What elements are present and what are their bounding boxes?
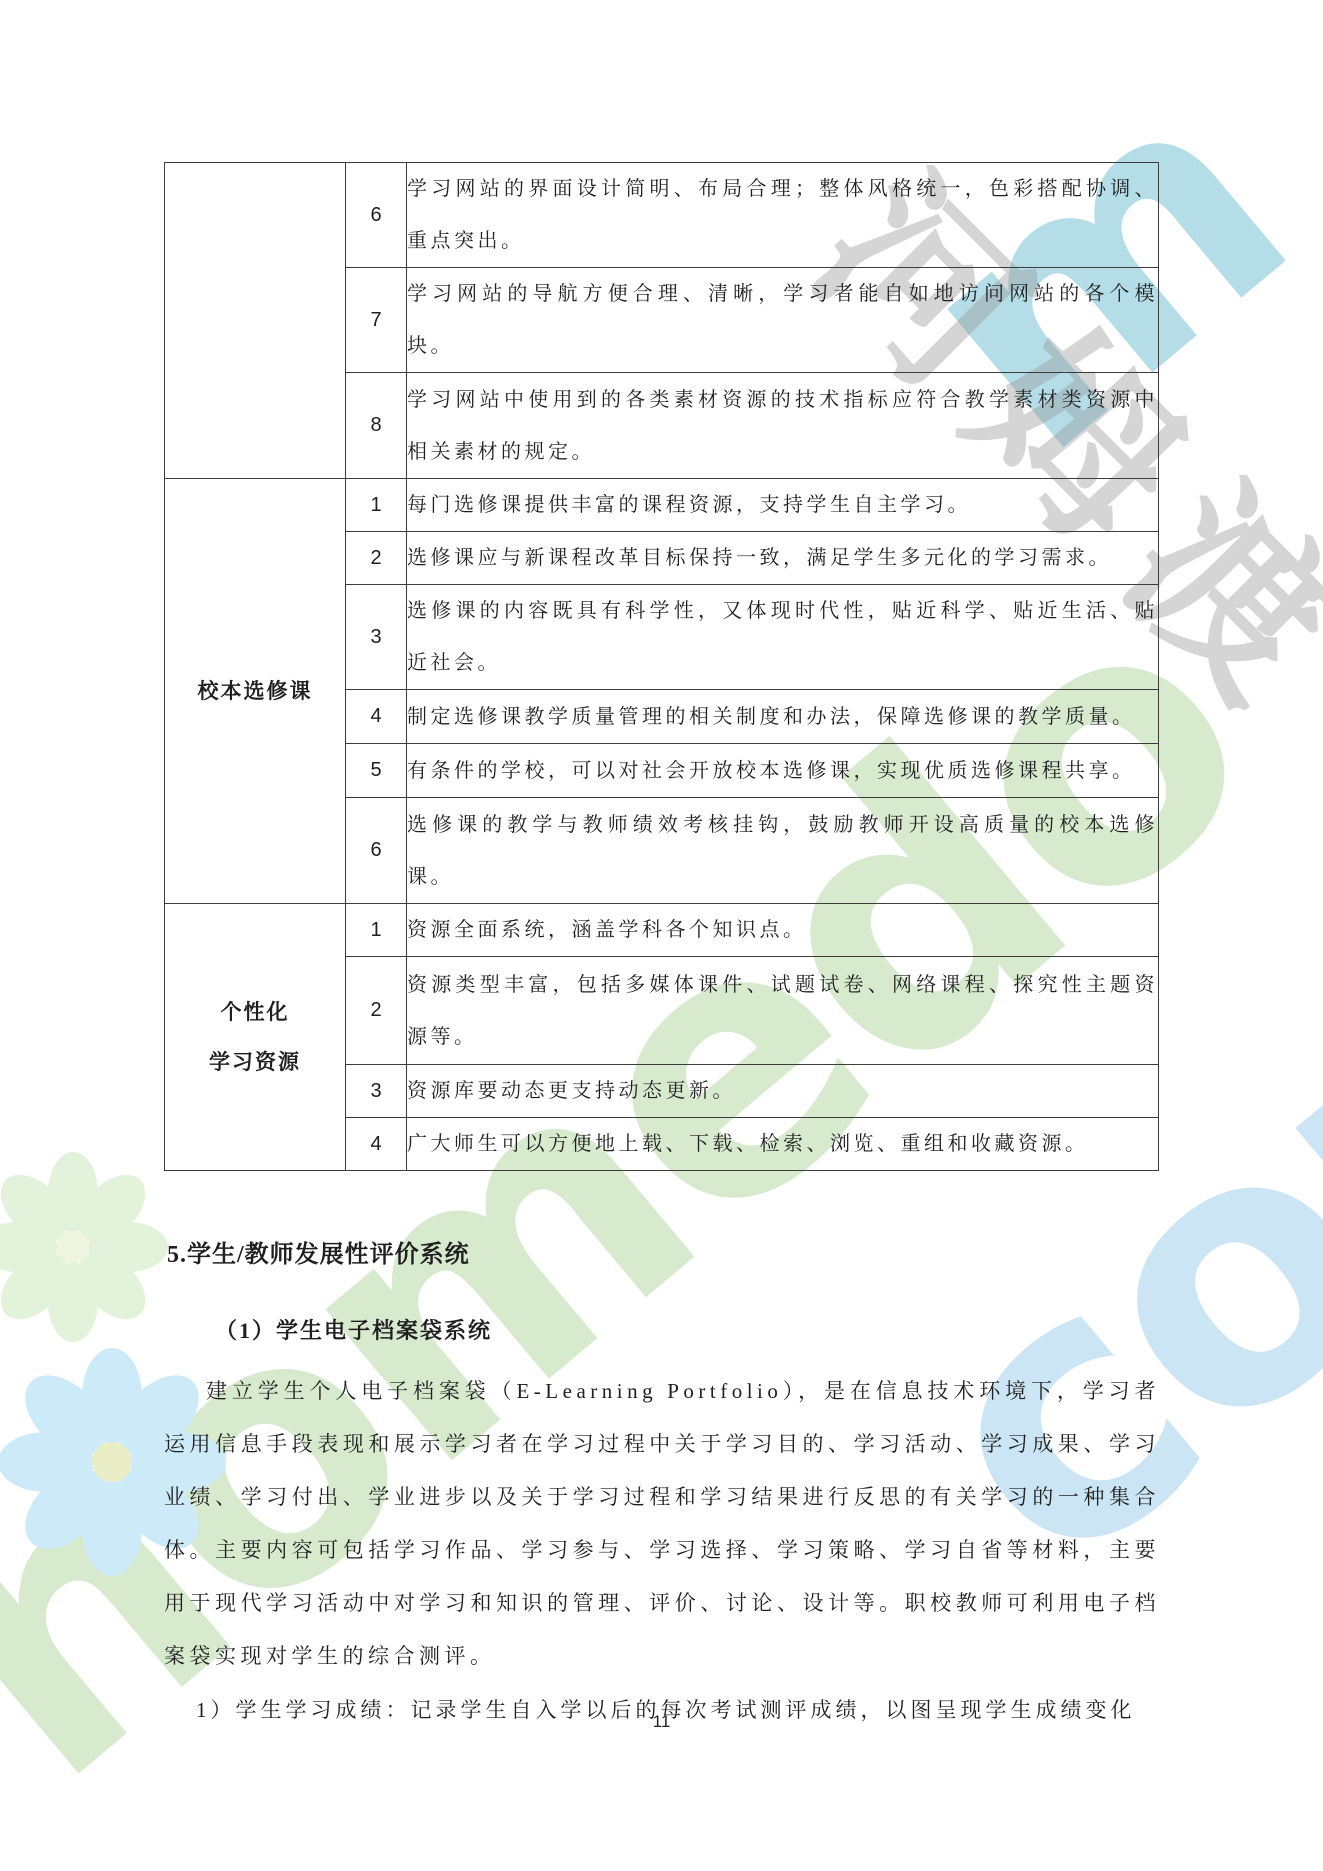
- row-number: 5: [346, 744, 407, 798]
- category-label-line2: 学习资源: [165, 1037, 345, 1087]
- table-row: 个性化 学习资源 1 资源全面系统，涵盖学科各个知识点。: [165, 904, 1159, 957]
- category-cell-empty: [165, 163, 346, 479]
- row-text: 学习网站中使用到的各类素材资源的技术指标应符合教学素材类资源中相关素材的规定。: [407, 373, 1159, 479]
- row-number: 1: [346, 479, 407, 532]
- content-layer: 6 学习网站的界面设计简明、布局合理；整体风格统一，色彩搭配协调、重点突出。 7…: [0, 0, 1323, 1871]
- row-text: 学习网站的界面设计简明、布局合理；整体风格统一，色彩搭配协调、重点突出。: [407, 163, 1159, 268]
- section-heading: 5.学生/教师发展性评价系统: [167, 1234, 470, 1269]
- category-label-line1: 个性化: [165, 987, 345, 1037]
- table-row: 6 学习网站的界面设计简明、布局合理；整体风格统一，色彩搭配协调、重点突出。: [165, 163, 1159, 268]
- row-number: 2: [346, 532, 407, 585]
- body-paragraph: 建立学生个人电子档案袋（E-Learning Portfolio），是在信息技术…: [164, 1365, 1160, 1683]
- row-text: 选修课的内容既具有科学性，又体现时代性，贴近科学、贴近生活、贴近社会。: [407, 585, 1159, 690]
- row-number: 4: [346, 1118, 407, 1171]
- row-text: 资源类型丰富，包括多媒体课件、试题试卷、网络课程、探究性主题资源等。: [407, 957, 1159, 1065]
- row-number: 3: [346, 1065, 407, 1118]
- row-text: 资源全面系统，涵盖学科各个知识点。: [407, 904, 1159, 957]
- row-number: 2: [346, 957, 407, 1065]
- row-text: 选修课的教学与教师绩效考核挂钩，鼓励教师开设高质量的校本选修课。: [407, 798, 1159, 904]
- row-number: 8: [346, 373, 407, 479]
- row-number: 4: [346, 690, 407, 744]
- row-text: 制定选修课教学质量管理的相关制度和办法，保障选修课的教学质量。: [407, 690, 1159, 744]
- document-page: homedo com m 河姆渡: [0, 0, 1323, 1871]
- page-number: 11: [0, 1712, 1323, 1732]
- category-label: 校本选修课: [165, 666, 345, 716]
- category-cell-school-electives: 校本选修课: [165, 479, 346, 904]
- category-cell-personalized-resources: 个性化 学习资源: [165, 904, 346, 1171]
- row-number: 6: [346, 798, 407, 904]
- row-number: 1: [346, 904, 407, 957]
- row-text: 每门选修课提供丰富的课程资源，支持学生自主学习。: [407, 479, 1159, 532]
- row-number: 7: [346, 268, 407, 373]
- row-number: 3: [346, 585, 407, 690]
- row-text: 有条件的学校，可以对社会开放校本选修课，实现优质选修课程共享。: [407, 744, 1159, 798]
- row-text: 广大师生可以方便地上载、下载、检索、浏览、重组和收藏资源。: [407, 1118, 1159, 1171]
- row-number: 6: [346, 163, 407, 268]
- row-text: 学习网站的导航方便合理、清晰，学习者能自如地访问网站的各个模块。: [407, 268, 1159, 373]
- row-text: 资源库要动态更支持动态更新。: [407, 1065, 1159, 1118]
- table-row: 校本选修课 1 每门选修课提供丰富的课程资源，支持学生自主学习。: [165, 479, 1159, 532]
- subsection-heading: （1）学生电子档案袋系统: [215, 1314, 492, 1345]
- evaluation-criteria-table: 6 学习网站的界面设计简明、布局合理；整体风格统一，色彩搭配协调、重点突出。 7…: [164, 162, 1159, 1171]
- row-text: 选修课应与新课程改革目标保持一致，满足学生多元化的学习需求。: [407, 532, 1159, 585]
